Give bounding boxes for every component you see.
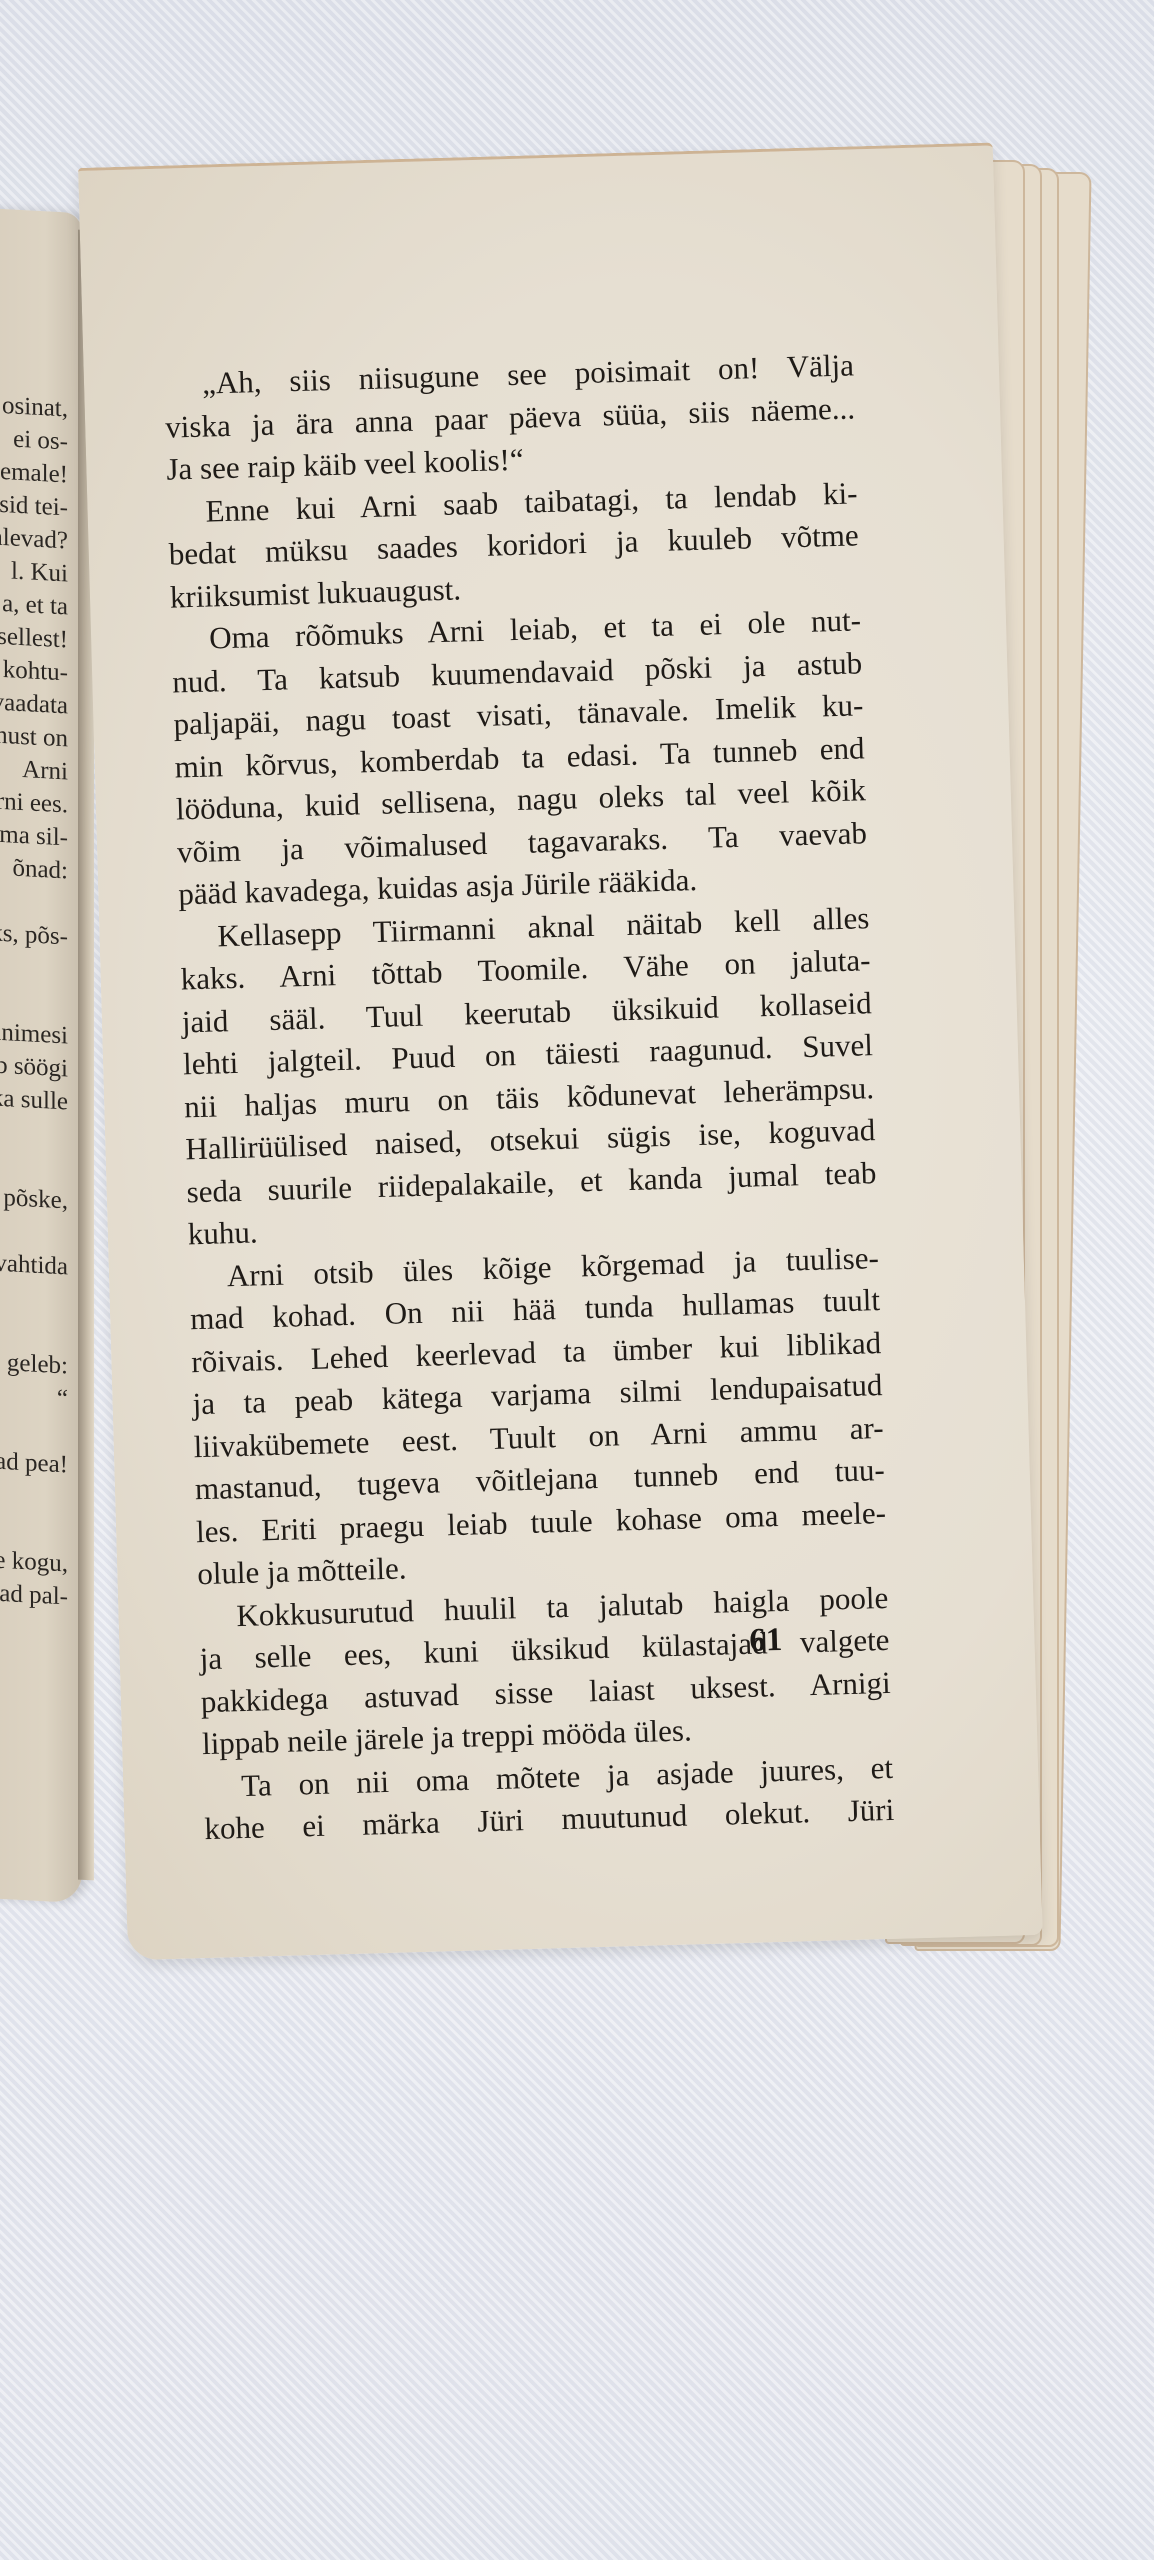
- left-page-text-fragment: a, et ta: [0, 586, 68, 623]
- left-page-text-fragment: osinat,: [0, 388, 68, 425]
- left-page-text-fragment: emale!: [0, 454, 68, 491]
- left-page-text-fragment: [0, 1279, 68, 1316]
- left-page-text-fragment: [0, 1477, 68, 1514]
- left-page-text-fragment: [0, 1510, 68, 1547]
- left-page-text-fragment: õnad:: [0, 850, 68, 887]
- left-page-text-fragment: nust on: [0, 718, 68, 755]
- left-page-text-fragment: ks, põs-: [0, 916, 68, 953]
- left-page-text-fragment: alevad?: [0, 520, 68, 557]
- left-page-text: osinat,ei os-emale!sid tei-alevad?l. Kui…: [0, 388, 68, 1613]
- left-page: osinat,ei os-emale!sid tei-alevad?l. Kui…: [0, 207, 82, 1903]
- left-page-text-fragment: ka sulle: [0, 1081, 68, 1118]
- left-page-text-fragment: sid tei-: [0, 487, 68, 524]
- page-body-text: „Ah, siis niisugune see poisimait on! Vä…: [163, 344, 894, 1850]
- left-page-text-fragment: i põske,: [0, 1180, 68, 1217]
- left-page-text-fragment: [0, 1411, 68, 1448]
- left-page-text-fragment: ei os-: [0, 421, 68, 458]
- left-page-text-fragment: ad pea!: [0, 1444, 68, 1481]
- left-page-text-fragment: rni ees.: [0, 784, 68, 821]
- left-page-text-fragment: ma sil-: [0, 817, 68, 854]
- left-page-text-fragment: [0, 1114, 68, 1151]
- left-page-text-fragment: inimesi: [0, 1015, 68, 1052]
- left-page-text-fragment: b söögi: [0, 1048, 68, 1085]
- left-page-text-fragment: e kogu,: [0, 1543, 68, 1580]
- left-page-text-fragment: [0, 982, 68, 1019]
- left-page-text-fragment: [0, 1147, 68, 1184]
- left-page-text-fragment: l. Kui: [0, 553, 68, 590]
- left-page-text-fragment: sellest!: [0, 619, 68, 656]
- book-photo: osinat,ei os-emale!sid tei-alevad?l. Kui…: [0, 0, 1154, 2560]
- left-page-text-fragment: “: [0, 1378, 68, 1415]
- left-page-text-fragment: vahtida: [0, 1246, 68, 1283]
- left-page-text-fragment: vaadata: [0, 685, 68, 722]
- left-page-text-fragment: kohtu-: [0, 652, 68, 689]
- page-number: 61: [749, 1622, 783, 1660]
- left-page-text-fragment: [0, 883, 68, 920]
- left-page-text-fragment: Arni: [0, 751, 68, 788]
- left-page-text-fragment: [0, 949, 68, 986]
- left-page-text-fragment: vad pal-: [0, 1576, 68, 1613]
- right-page: „Ah, siis niisugune see poisimait on! Vä…: [78, 142, 1043, 1960]
- left-page-text-fragment: [0, 1312, 68, 1349]
- left-page-text-fragment: [0, 1213, 68, 1250]
- left-page-text-fragment: geleb:: [0, 1345, 68, 1382]
